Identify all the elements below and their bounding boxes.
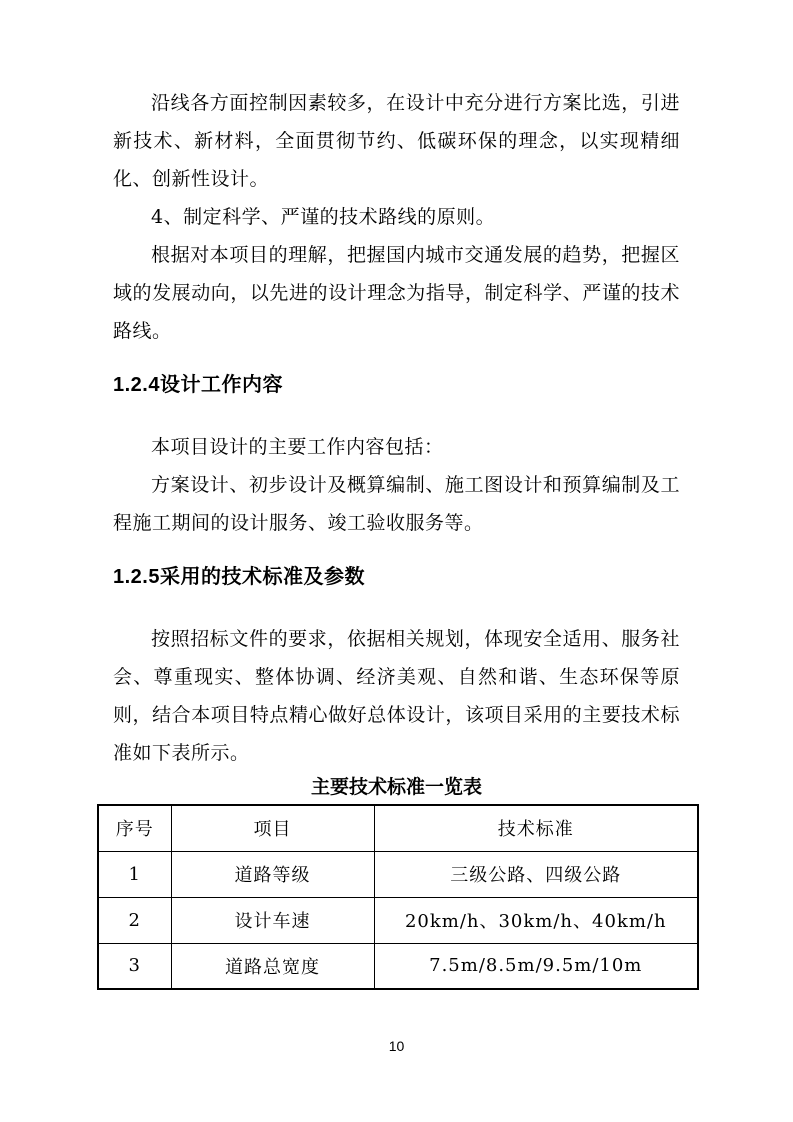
section-heading-1-2-5: 1.2.5采用的技术标准及参数 [113,558,680,596]
section-heading-1-2-4: 1.2.4设计工作内容 [113,366,680,404]
table-cell-standard: 7.5m/8.5m/9.5m/10m [374,943,698,989]
table-cell-standard: 三级公路、四级公路 [374,851,698,897]
table-cell-item: 道路总宽度 [171,943,374,989]
table-header-row: 序号 项目 技术标准 [98,805,698,851]
paragraph-work-scope: 方案设计、初步设计及概算编制、施工图设计和预算编制及工程施工期间的设计服务、竣工… [113,466,680,542]
paragraph-principles: 沿线各方面控制因素较多，在设计中充分进行方案比选，引进新技术、新材料，全面贯彻节… [113,84,680,198]
table-header-standard: 技术标准 [374,805,698,851]
table-row: 1 道路等级 三级公路、四级公路 [98,851,698,897]
table-cell-item: 道路等级 [171,851,374,897]
table-cell-index: 3 [98,943,171,989]
table-cell-item: 设计车速 [171,897,374,943]
table-cell-standard: 20km/h、30km/h、40km/h [374,897,698,943]
table-cell-index: 1 [98,851,171,897]
table-header-index: 序号 [98,805,171,851]
standards-table: 序号 项目 技术标准 1 道路等级 三级公路、四级公路 2 设计车速 20km/… [97,804,699,990]
table-row: 2 设计车速 20km/h、30km/h、40km/h [98,897,698,943]
document-content: 沿线各方面控制因素较多，在设计中充分进行方案比选，引进新技术、新材料，全面贯彻节… [0,0,793,990]
page-number: 10 [0,1038,793,1054]
paragraph-standards-intro: 按照招标文件的要求，依据相关规划，体现安全适用、服务社会、尊重现实、整体协调、经… [113,620,680,772]
paragraph-tech-route: 根据对本项目的理解，把握国内城市交通发展的趋势，把握区域的发展动向，以先进的设计… [113,236,680,350]
table-row: 3 道路总宽度 7.5m/8.5m/9.5m/10m [98,943,698,989]
paragraph-work-intro: 本项目设计的主要工作内容包括： [113,428,680,466]
table-header-item: 项目 [171,805,374,851]
document-page: 沿线各方面控制因素较多，在设计中充分进行方案比选，引进新技术、新材料，全面贯彻节… [0,0,793,1122]
table-title: 主要技术标准一览表 [113,772,680,804]
paragraph-principle-4: 4、制定科学、严谨的技术路线的原则。 [113,198,680,236]
table-cell-index: 2 [98,897,171,943]
